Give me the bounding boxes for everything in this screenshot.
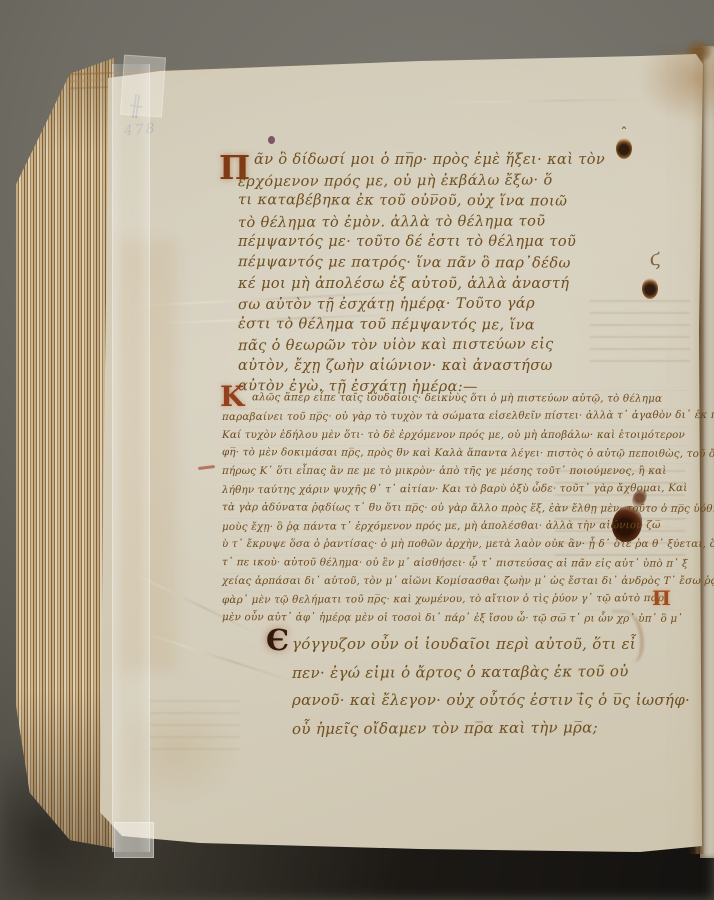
- gospel-line: τὸ θέλημα τὸ ἐμὸν. ἀλλὰ τὸ θέλημα τοῦ: [238, 211, 650, 234]
- marginal-ornament-top: ˆ: [616, 130, 632, 159]
- gospel-line: πεν· ἐγώ εἰμι ὁ ἄρτος ὁ καταβὰς ἐκ τοῦ ο…: [292, 657, 662, 687]
- gospel-line: ρανοῦ· καὶ ἔλεγον· οὐχ οὗτός ἐστιν ἰ̅ς ὁ…: [292, 686, 662, 714]
- gospel-line: πέμψαντός με· τοῦτο δέ ἐστι τὸ θέλημα το…: [238, 232, 650, 253]
- gospel-line: ἐστι τὸ θέλημα τοῦ πέμψαντός με, ἵνα: [238, 314, 650, 336]
- brown-stain-top-right: [620, 48, 714, 148]
- gospel-line: ἐρχόμενον πρός με, οὐ μὴ ἐκβάλω ἔξω· ὅ: [238, 170, 650, 193]
- catena-line: φη̅· τὸ μὲν δοκιμάσαι πρ̅ς, πρὸς θ̅ν καὶ…: [222, 443, 692, 463]
- gospel-text-block-top: ᾶν ὃ δίδωσί μοι ὁ πη̅ρ· πρὸς ἐμὲ ἥξει· κ…: [238, 150, 650, 397]
- repair-tape-top: [120, 55, 166, 118]
- gospel-line: πᾶς ὁ θεωρῶν τὸν υἱὸν καὶ πιστεύων εἰς: [238, 334, 650, 357]
- gospel-line: πέμψαντός με πατρός· ἵνα πᾶν ὃ παρ᾽δέδω: [238, 252, 650, 274]
- gospel-line: οὗ ἡμεῖς οἴδαμεν τὸν πρ̅α καὶ τὴν μρ̅α;: [292, 713, 662, 743]
- decorated-initial-epsilon: Є: [266, 626, 289, 655]
- manuscript-photo: ╫ 478 Π ᾶν ὃ δίδωσί μοι ὁ πη̅ρ· πρὸς ἐμὲ…: [0, 0, 714, 900]
- gospel-line: αὐτὸν, ἔχῃ ζωὴν αἰώνιον· καὶ ἀναστήσω: [238, 356, 650, 377]
- gospel-line: κέ μοι μὴ ἀπολέσω ἐξ αὐτοῦ, ἀλλὰ ἀναστή: [238, 274, 650, 295]
- catena-line: μοὺς ἔχῃ· ὃ ῥᾳ πάντα τ᾽ ἐρχόμενον πρός μ…: [222, 516, 692, 536]
- catena-line: πήρως Κ᾽ ὅτι εἶπας ἂν πε με τὸ μικρὸν· ἀ…: [222, 462, 692, 480]
- catena-line: Καί τυχὸν ἐδήλου μὲν ὅτι· τὸ δὲ ἐρχόμενο…: [222, 426, 692, 444]
- catena-line: ὺ τ᾽ ἔκρυψε ὅσα ὁ ῥαντίσας· ὁ μὴ ποθῶν ἀ…: [222, 535, 692, 553]
- gospel-line: σω αὐτὸν τῇ ἐσχάτῃ ἡμέρᾳ· Τοῦτο γάρ: [238, 293, 650, 316]
- marginal-red-letter-pi: Π: [652, 586, 671, 610]
- purple-spot: [268, 136, 275, 144]
- text-showthrough: [150, 700, 240, 750]
- catena-line: χείας ἁρπάσαι δι᾽ αὐτοῦ, τὸν μ᾽ αἰῶνι Κο…: [222, 572, 692, 590]
- catena-line: φὰρ᾽ μὲν τῷ θελήματι τοῦ πρ̅ς· καὶ χωμέν…: [222, 589, 692, 609]
- gospel-line: τι καταβέβηκα ἐκ τοῦ οὐν̅οῦ, οὐχ ἵνα ποι…: [238, 190, 650, 212]
- catena-line: αλῶς ἅπερ εἶπε ταῖς ἰουδαίοις· δεικνὺς ὅ…: [222, 388, 692, 408]
- ornament-ring-icon: [616, 138, 632, 159]
- catena-line: τὰ γὰρ ἀδύνατα ῥᾳδίως τ᾽ θ̅υ ὅτι πρ̅ς· ο…: [222, 498, 692, 518]
- catena-line: τ᾽ πε ικοὺ· αὐτοῦ θέλημα· οὐ ἓν μ᾽ αἰσθή…: [222, 553, 692, 573]
- catena-line: μὲν οὖν αὐτ᾽ ἀφ᾽ ἡμέρᾳ μὲν οἱ τοσοὶ δι᾽ …: [222, 608, 692, 628]
- fore-edge-leaf-stack: [16, 58, 114, 848]
- repair-tape-vertical: [112, 64, 150, 852]
- catena-commentary-block: αλῶς ἅπερ εἶπε ταῖς ἰουδαίοις· δεικνὺς ὅ…: [222, 389, 692, 627]
- repair-tape-bottom-end: [114, 822, 154, 858]
- catena-line: λήθην ταύτης χάριν ψυχῆς θ᾽ τ᾽ αἰτίαν· Κ…: [222, 479, 692, 499]
- ornament-caret: ˆ: [616, 130, 632, 138]
- gospel-line: ᾶν ὃ δίδωσί μοι ὁ πη̅ρ· πρὸς ἐμὲ ἥξει· κ…: [238, 150, 650, 171]
- marginal-ornament-mid: [642, 278, 658, 299]
- gospel-text-block-bottom: γόγγυζον οὖν οἱ ἰουδαῖοι περὶ αὐτοῦ, ὅτι…: [292, 630, 662, 742]
- ornament-ring-icon: [642, 278, 658, 299]
- catena-line: παραβαίνει τοῦ πρ̅ς· οὐ γὰρ τὸ τυχὸν τὰ …: [222, 406, 692, 426]
- gospel-line: γόγγυζον οὖν οἱ ἰουδαῖοι περὶ αὐτοῦ, ὅτι…: [292, 630, 662, 658]
